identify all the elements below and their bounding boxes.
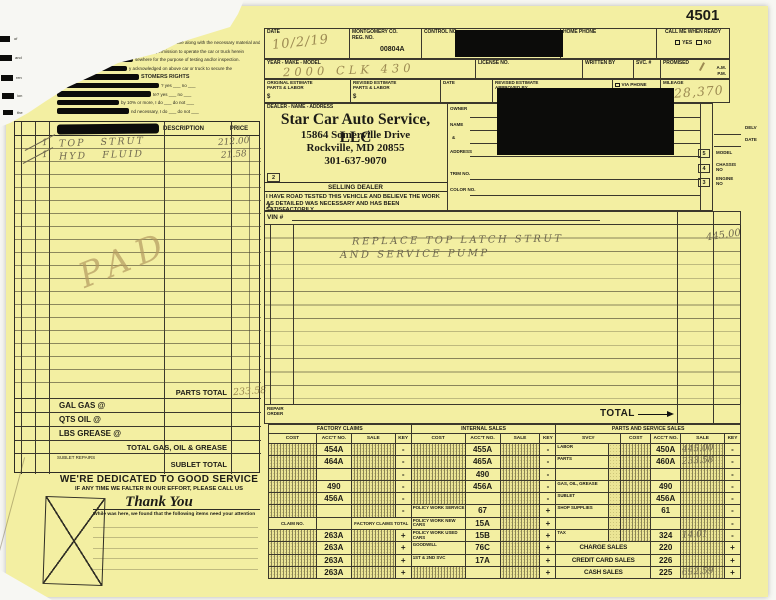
grid-cell	[352, 456, 396, 468]
grid-cell: 1ST & 2ND SVC	[412, 555, 466, 567]
signature-x: X	[267, 204, 271, 210]
grid-cell	[621, 456, 651, 468]
grid-cell: 456A	[317, 493, 352, 505]
terms-line: te? yes ___ no ___	[57, 90, 260, 99]
grid-cell	[501, 493, 541, 505]
grid-cell	[352, 505, 396, 517]
grid-column-header: COST ACC'T NO. SALE KEY COST ACC'T NO. S…	[269, 434, 741, 444]
grid-cell: 456A	[466, 481, 501, 493]
grid-cell: 14.01	[681, 530, 725, 542]
repair-order-label: REPAIRORDER	[267, 407, 284, 416]
sublet-total-label: SUBLET TOTAL	[115, 460, 227, 469]
grid-cell	[466, 567, 501, 579]
grid-cell	[609, 456, 621, 468]
color-no-label: COLOR NO.	[450, 188, 476, 193]
grid-cell	[501, 518, 541, 530]
grid-cell: POLICY WORK NEW CARS	[412, 518, 466, 530]
dedicated-line1: WE'RE DEDICATED TO GOOD SERVICE	[56, 474, 262, 485]
grid-cell	[501, 456, 541, 468]
grid-cell: 233.58	[681, 456, 725, 468]
grid-cell	[501, 530, 541, 542]
redaction-bar	[57, 123, 159, 134]
grid-cell: POLICY WORK SERVICE	[412, 505, 466, 517]
scanned-repair-order: 4501 GE TO CARS OR ARTICLES LEFT IN CARS…	[0, 0, 776, 600]
license-no-label: LICENSE NO.	[478, 61, 509, 67]
grid-cell	[412, 481, 466, 493]
grid-cell	[681, 505, 725, 517]
grid-cell	[501, 481, 541, 493]
rev-dollar: $	[353, 94, 356, 100]
county-line2: REG. NO.	[352, 36, 398, 42]
trim-line	[470, 179, 700, 180]
delv-label: DELV	[745, 126, 757, 131]
vin-underline	[292, 220, 600, 221]
call-ready-label: CALL ME WHEN READY	[656, 30, 730, 36]
grid-cell: 450A	[651, 444, 681, 456]
total-label: TOTAL	[600, 408, 635, 419]
acct-no-header	[317, 518, 352, 530]
row-rule	[15, 412, 261, 413]
tear-mark	[2, 93, 14, 99]
grid-cell: 61	[651, 505, 681, 517]
cell-rule	[492, 79, 493, 103]
grid-row: 263A + POLICY WORK USED CARS 15B + TAX 3…	[269, 530, 741, 542]
parts-table: DESCRIPTION PRICE 1 TOP STRUT 212.00 1 H…	[14, 121, 260, 473]
redaction-customer-name	[455, 30, 563, 57]
col-header: SALE	[501, 434, 541, 444]
terms-text: nd necessary, I do ___ do not ___	[131, 109, 199, 114]
col-header: COST	[412, 434, 466, 444]
svc-number-label: SVC. #	[636, 61, 651, 67]
grid-cell: 455A	[466, 444, 501, 456]
selling-dealer-label: SELLING DEALER	[264, 182, 447, 192]
grid-cell: 263A	[317, 542, 352, 554]
grid-cell: +	[725, 542, 741, 554]
terms-text: sewhere for the purpose of testing and/o…	[135, 57, 240, 62]
cell-rule	[421, 28, 422, 59]
grid-cell: POLICY WORK USED CARS	[412, 530, 466, 542]
cell-rule	[713, 404, 714, 424]
attention-note: While was here, we found that the follow…	[93, 510, 260, 517]
row-rule	[15, 426, 261, 427]
dealer-phone: 301-637-9070	[264, 155, 447, 167]
grid-cell: -	[725, 444, 741, 456]
grid-cell	[621, 518, 651, 530]
terms-text: y acknowledged on above car or truck to …	[129, 66, 232, 71]
home-phone-label: HOME PHONE	[563, 30, 596, 36]
grid-cell	[556, 518, 609, 530]
vin-label: VIN #	[267, 214, 283, 221]
yes-checkbox	[675, 40, 681, 46]
am-label: A.M.	[714, 66, 726, 71]
grid-cell: -	[725, 469, 741, 481]
grid-cell	[609, 518, 621, 530]
dedicated-line2: IF ANY TIME WE FALTER IN OUR EFFORT, PLE…	[56, 486, 262, 492]
grid-cell	[269, 469, 317, 481]
grid-cell	[621, 530, 651, 542]
model-label: MODEL	[716, 151, 732, 156]
col-header: ACC'T NO.	[651, 434, 681, 444]
pm-label: P.M.	[714, 72, 726, 77]
grid-cell: 15A	[466, 518, 501, 530]
accounting-grid: FACTORY CLAIMS INTERNAL SALES PARTS AND …	[268, 424, 741, 579]
owner-line	[470, 156, 700, 157]
grid-cell	[501, 505, 541, 517]
cell-rule	[660, 59, 661, 79]
redaction-bar	[57, 108, 129, 114]
grid-cell: +	[540, 530, 556, 542]
grid-cell	[352, 555, 396, 567]
grid-cell: 226	[651, 555, 681, 567]
grid-cell	[609, 444, 621, 456]
box-5: 5	[698, 149, 710, 158]
grid-cell	[269, 530, 317, 542]
cell-rule	[447, 103, 448, 211]
grid-cell: -	[540, 469, 556, 481]
cell-rule	[350, 79, 351, 103]
grid-cell: 220	[651, 542, 681, 554]
grid-cell	[412, 444, 466, 456]
work-area	[264, 225, 741, 404]
grid-cell	[621, 505, 651, 517]
via-phone-checkbox	[615, 83, 620, 88]
rev-line2: PARTS & LABOR	[353, 86, 396, 91]
grid-row: 263A + 1ST & 2ND SVC 17A + CREDIT CARD S…	[269, 555, 741, 567]
edge-fragment: the	[17, 110, 23, 115]
edge-fragment: and	[15, 55, 22, 60]
redaction-bar	[57, 100, 119, 106]
grid-cell	[681, 542, 725, 554]
date-line	[714, 146, 741, 147]
dealer-address1: 15864 Somerville Drive	[264, 129, 447, 141]
control-no-label: CONTROL NO.	[424, 30, 458, 36]
address-label: ADDRESS	[450, 150, 472, 155]
grid-row: CLAIM NO. FACTORY CLAIMS TOTAL POLICY WO…	[269, 518, 741, 530]
grid-cell	[352, 542, 396, 554]
grid-cell: CASH SALES	[556, 567, 651, 579]
grid-cell: -	[725, 518, 741, 530]
grid-row: 263A + GOODWILL 76C + CHARGE SALES 220 +	[269, 542, 741, 554]
amp-label: &	[452, 136, 455, 141]
grid-cell: -	[725, 481, 741, 493]
terms-line: nd necessary, I do ___ do not ___	[57, 107, 260, 116]
col-header: KEY	[396, 434, 412, 444]
grid-cell: +	[540, 542, 556, 554]
grid-cell	[352, 469, 396, 481]
work-rule	[293, 225, 294, 404]
grease-label: LBS GREASE @	[59, 429, 121, 438]
form-number: 4501	[686, 7, 719, 24]
handwritten-value: 445.00	[682, 443, 714, 455]
grid-cell: -	[540, 444, 556, 456]
handwritten-value: 14.01	[682, 529, 708, 540]
grid-cell	[317, 505, 352, 517]
grid-cell: GOODWILL	[412, 542, 466, 554]
grid-cell: SHOP SUPPLIES	[556, 505, 609, 517]
work-rule	[677, 211, 678, 404]
tear-mark	[0, 55, 12, 61]
no-label: NO	[704, 40, 712, 46]
grid-row: 263A + + CASH SALES 225 692.59 +	[269, 567, 741, 579]
grid-cell: 17A	[466, 555, 501, 567]
grid-cell: LABOR	[556, 444, 609, 456]
grid-cell	[352, 493, 396, 505]
grid-cell: 692.59	[681, 567, 725, 579]
col-header: KEY	[725, 434, 741, 444]
grid-cell	[269, 542, 317, 554]
grid-cell: PARTS	[556, 456, 609, 468]
grid-cell: 76C	[466, 542, 501, 554]
grid-cell: 324	[651, 530, 681, 542]
grid-cell	[609, 530, 621, 542]
grid-cell: TAX	[556, 530, 609, 542]
grid-cell	[269, 555, 317, 567]
grid-cell	[621, 469, 651, 481]
owner-label: OWNER	[450, 107, 467, 112]
handwritten-value: 233.58	[682, 455, 714, 467]
grid-cell: +	[540, 505, 556, 517]
grid-cell	[269, 456, 317, 468]
grid-cell	[609, 481, 621, 493]
revised-estimate-label: REVISED ESTIMATEPARTS & LABOR	[353, 81, 396, 90]
tear-mark	[1, 75, 13, 81]
box-4: 4	[698, 164, 710, 173]
grid-row: 456A - - SUBLET 456A -	[269, 493, 741, 505]
terms-text: te? yes ___ no ___	[153, 92, 191, 97]
grid-cell: 490	[651, 481, 681, 493]
col-header: COST	[621, 434, 651, 444]
grid-cell	[317, 469, 352, 481]
col-header: SALE	[352, 434, 396, 444]
box-3: 3	[698, 178, 710, 187]
grid-cell: +	[540, 555, 556, 567]
grid-band-header: FACTORY CLAIMS INTERNAL SALES PARTS AND …	[269, 425, 741, 434]
grid-cell: 490	[317, 481, 352, 493]
grid-cell	[501, 567, 541, 579]
parts-total-label: PARTS TOTAL	[115, 388, 227, 397]
grid-cell: -	[396, 469, 412, 481]
total-arrow	[638, 414, 668, 415]
no-checkbox	[696, 40, 702, 46]
parts-total-value: 233.58	[233, 385, 267, 398]
grid-cell	[681, 518, 725, 530]
factory-claims-title: FACTORY CLAIMS	[269, 425, 412, 434]
edge-fragment: ren	[16, 75, 22, 80]
grid-cell	[352, 481, 396, 493]
call-ready-options: YES NO	[656, 40, 730, 46]
redaction-owner-info	[497, 88, 674, 155]
chassis-no-label: CHASSIS NO	[716, 163, 738, 172]
grid-cell	[681, 493, 725, 505]
grid-cell: -	[396, 444, 412, 456]
grid-cell: +	[725, 555, 741, 567]
grid-cell	[269, 444, 317, 456]
grid-cell	[412, 493, 466, 505]
redaction-bar	[57, 91, 151, 97]
grid-cell	[609, 469, 621, 481]
cell-rule	[475, 59, 476, 79]
grid-cell	[269, 481, 317, 493]
grid-cell	[352, 567, 396, 579]
cell-rule	[633, 59, 634, 79]
grid-cell: 225	[651, 567, 681, 579]
orig-dollar: $	[267, 94, 270, 100]
grid-cell: 460A	[651, 456, 681, 468]
cell-rule	[582, 59, 583, 79]
grid-cell	[651, 469, 681, 481]
tear-mark	[3, 110, 13, 115]
terms-text: STOMERS RIGHTS	[141, 74, 189, 80]
delv-line	[714, 134, 741, 135]
cell-rule	[349, 28, 350, 59]
sublet-repairs-label: SUBLET REPAIRS	[57, 455, 95, 460]
county-reg-value: 00804A	[380, 46, 405, 53]
grid-cell: -	[396, 456, 412, 468]
grid-cell: CREDIT CARD SALES	[556, 555, 651, 567]
grid-cell	[681, 469, 725, 481]
oil-label: QTS OIL @	[59, 415, 101, 424]
call-ready-cell: CALL ME WHEN READY YES NO	[656, 30, 730, 46]
grid-row: - 490 - -	[269, 469, 741, 481]
row-rule	[15, 453, 261, 454]
attention-box: While was here, we found that the follow…	[93, 509, 260, 572]
trim-no-label: TRIM NO.	[450, 172, 470, 177]
col-header: SALE	[681, 434, 725, 444]
grid-cell	[651, 518, 681, 530]
delv-date-label: DATE	[745, 138, 757, 143]
x-crossed-box	[42, 496, 105, 586]
terms-text: by 10% or more, I do ___ do not ___	[121, 100, 194, 105]
grid-cell: 15B	[466, 530, 501, 542]
description-column-header: DESCRIPTION	[150, 126, 217, 132]
gas-label: GAL GAS @	[59, 401, 105, 410]
grid-cell	[501, 444, 541, 456]
edge-fragment: of	[14, 36, 17, 41]
grid-cell	[501, 542, 541, 554]
grid-cell: 263A	[317, 567, 352, 579]
dealer-address2: Rockville, MD 20855	[264, 142, 447, 154]
via-phone-label: VIA PHONE	[622, 82, 647, 87]
work-line2: AND SERVICE PUMP	[340, 248, 490, 261]
grid-cell	[609, 493, 621, 505]
grid-cell: 67	[466, 505, 501, 517]
grid-cell: 490	[466, 469, 501, 481]
grid-cell	[269, 493, 317, 505]
grid-cell	[681, 481, 725, 493]
grid-cell: GAS, OIL, GREASE	[556, 481, 609, 493]
grid-cell: 263A	[317, 530, 352, 542]
col-header: ACC'T NO.	[466, 434, 501, 444]
grid-cell	[556, 469, 609, 481]
grid-cell	[681, 555, 725, 567]
grid-cell	[352, 444, 396, 456]
grid-cell: -	[396, 505, 412, 517]
grid-cell: -	[725, 493, 741, 505]
written-by-label: WRITTEN BY	[585, 61, 615, 67]
cell-rule	[677, 404, 678, 424]
grid-cell: 464A	[317, 456, 352, 468]
col-header: SVC#	[556, 434, 621, 444]
grid-cell	[501, 469, 541, 481]
grid-cell: +	[540, 518, 556, 530]
terms-line: by 10% or more, I do ___ do not ___	[57, 98, 260, 107]
col-header: ACC'T NO.	[317, 434, 352, 444]
date-label: DATE	[267, 30, 280, 36]
col-header: KEY	[540, 434, 556, 444]
edge-fragment: ion	[17, 93, 22, 98]
grid-cell	[412, 456, 466, 468]
grid-cell	[621, 481, 651, 493]
grid-cell: 263A	[317, 555, 352, 567]
row-rule	[15, 398, 261, 399]
yes-label: YES	[682, 40, 692, 46]
grid-cell: -	[725, 456, 741, 468]
grid-cell: +	[396, 530, 412, 542]
grid-cell	[466, 493, 501, 505]
grid-cell: SUBLET	[556, 493, 609, 505]
grid-row: 454A - 455A - LABOR 450A 445.00 -	[269, 444, 741, 456]
color-line	[470, 195, 700, 196]
claim-no-header: CLAIM NO.	[269, 518, 317, 530]
grid-row: 490 - 456A - GAS, OIL, GREASE 490 -	[269, 481, 741, 493]
grid-cell	[412, 567, 466, 579]
part-price-2: 21.58	[221, 149, 247, 161]
date2-label: DATE	[443, 81, 455, 86]
grid-cell: -	[540, 456, 556, 468]
grid-cell: +	[396, 542, 412, 554]
grid-cell: CHARGE SALES	[556, 542, 651, 554]
grid-cell	[609, 505, 621, 517]
grid-row: - POLICY WORK SERVICE 67 + SHOP SUPPLIES…	[269, 505, 741, 517]
grid-cell	[269, 505, 317, 517]
grid-cell: -	[725, 505, 741, 517]
name-label: NAME	[450, 123, 463, 128]
grid-cell: +	[725, 567, 741, 579]
grid-cell: -	[540, 493, 556, 505]
terms-line: ? yes ___ no ___	[57, 81, 260, 90]
internal-sales-title: INTERNAL SALES	[412, 425, 557, 434]
total-gas-oil-grease-label: TOTAL GAS, OIL & GREASE	[75, 443, 227, 452]
grid-cell: -	[540, 481, 556, 493]
grid-cell: 465A	[466, 456, 501, 468]
promised-label: PROMISED	[663, 61, 689, 67]
grid-cell	[501, 555, 541, 567]
grid-cell: -	[396, 481, 412, 493]
parts-table-header: DESCRIPTION PRICE	[15, 122, 259, 136]
grid-cell: +	[396, 567, 412, 579]
grid-cell	[621, 444, 651, 456]
price-column-header: PRICE	[217, 126, 261, 132]
terms-text: ? yes ___ no ___	[161, 83, 196, 88]
grid-cell	[352, 530, 396, 542]
grid-cell: 445.00	[681, 444, 725, 456]
box-2: 2	[267, 173, 280, 182]
grid-cell: -	[725, 530, 741, 542]
county-reg-label: MONTGOMERY CO.REG. NO.	[352, 30, 398, 41]
grid-cell: -	[396, 493, 412, 505]
engine-no-label: ENGINE NO	[716, 177, 738, 186]
vin-row	[264, 211, 741, 225]
dealer-label: DEALER - NAME - ADDRESS	[267, 105, 333, 111]
col-header: COST	[269, 434, 317, 444]
repair-label-line2: ORDER	[267, 412, 284, 417]
grid-cell: 456A	[651, 493, 681, 505]
via-phone-option: VIA PHONE	[615, 82, 647, 87]
cell-rule	[440, 79, 441, 103]
grid-cell: +	[540, 567, 556, 579]
row-rule	[15, 440, 261, 441]
orig-line2: PARTS & LABOR	[267, 86, 313, 91]
